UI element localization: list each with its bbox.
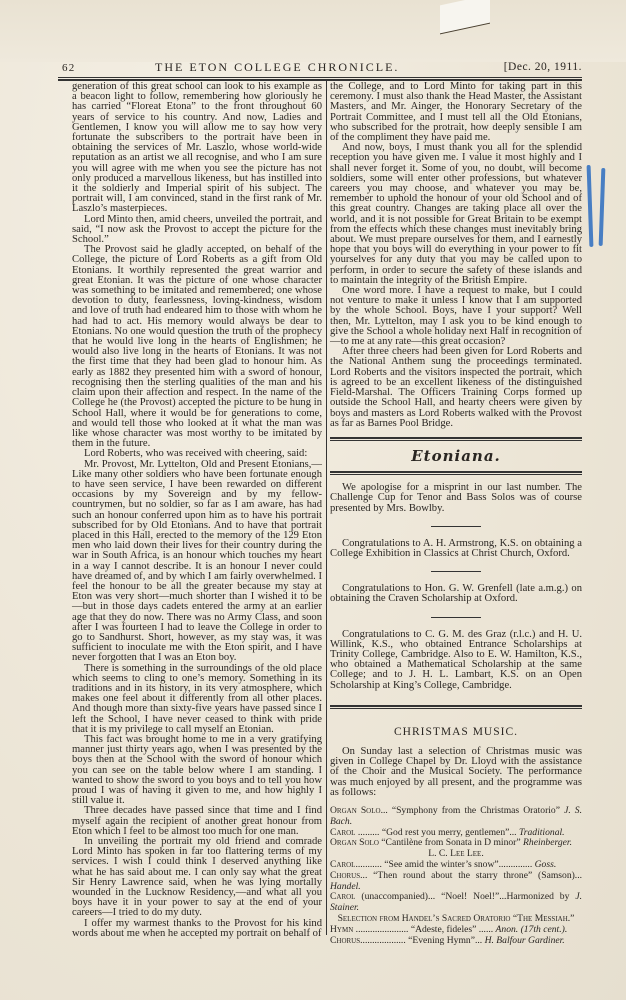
short-rule bbox=[431, 571, 481, 572]
scanned-page: 62 THE ETON COLLEGE CHRONICLE. [Dec. 20,… bbox=[0, 0, 626, 1000]
paragraph: In unveiling the portrait my old friend … bbox=[72, 837, 322, 919]
programme-type: Chorus bbox=[330, 935, 360, 946]
programme-type: Organ Solo bbox=[330, 837, 379, 848]
programme-piece: “God rest you merry, gentlemen”... bbox=[382, 827, 519, 838]
page-header: 62 THE ETON COLLEGE CHRONICLE. [Dec. 20,… bbox=[62, 60, 582, 76]
programme-type: Hymn bbox=[330, 924, 353, 935]
programme-item: Organ Solo... “Symphony from the Christm… bbox=[330, 806, 582, 828]
paragraph: Lord Roberts, who was received with chee… bbox=[72, 449, 322, 459]
christmas-music-heading: CHRISTMAS MUSIC. bbox=[330, 727, 582, 737]
paragraph: The Provost said he gladly accepted, on … bbox=[72, 245, 322, 449]
programme-type: Organ Solo bbox=[330, 805, 381, 816]
issue-date: [Dec. 20, 1911. bbox=[504, 61, 582, 73]
programme-composer: Rheinberger. bbox=[523, 837, 572, 848]
paragraph: Lord Minto then, amid cheers, unveiled t… bbox=[72, 215, 322, 246]
paragraph: Mr. Provost, Mr. Lyttelton, Old and Pres… bbox=[72, 460, 322, 664]
paragraph: I offer my warmest thanks to the Provost… bbox=[72, 919, 322, 939]
christmas-music-intro: On Sunday last a selection of Christmas … bbox=[330, 747, 582, 798]
programme-type: Carol bbox=[330, 859, 355, 870]
paragraph: the College, and to Lord Minto for takin… bbox=[330, 82, 582, 143]
programme-piece: “Then round about the starry throne” (Sa… bbox=[373, 870, 582, 881]
etoniana-item: Congratulations to C. G. M. des Graz (r.… bbox=[330, 630, 582, 691]
programme-item: Chorus... “Then round about the starry t… bbox=[330, 871, 582, 893]
paragraph: After three cheers had been given for Lo… bbox=[330, 347, 582, 429]
right-column: the College, and to Lord Minto for takin… bbox=[330, 82, 582, 946]
paragraph: This fact was brought home to me in a ve… bbox=[72, 735, 322, 806]
etoniana-heading: Etoniana. bbox=[330, 451, 582, 461]
column-divider bbox=[326, 80, 327, 935]
short-rule bbox=[431, 617, 481, 618]
left-column: generation of this great school can look… bbox=[72, 82, 322, 939]
programme-composer: Traditional. bbox=[519, 827, 565, 838]
section-rule bbox=[330, 471, 582, 475]
programme-type: Carol bbox=[330, 891, 355, 902]
etoniana-item: We apologise for a misprint in our last … bbox=[330, 483, 582, 514]
programme-composer: Handel. bbox=[330, 881, 361, 892]
folded-paper-edge bbox=[0, 0, 626, 62]
programme-composer: Goss. bbox=[535, 859, 557, 870]
programme-piece: “See amid the winter’s snow”............… bbox=[384, 859, 534, 870]
programme-composer: Anon. (17th cent.). bbox=[496, 924, 568, 935]
programme-piece: “Adeste, fideles” ...... bbox=[411, 924, 496, 935]
paragraph: And now, boys, I must thank you all for … bbox=[330, 143, 582, 286]
programme-piece: “Symphony from the Christmas Oratorio” bbox=[392, 805, 564, 816]
programme-type: Chorus bbox=[330, 870, 360, 881]
blue-pencil-mark bbox=[587, 165, 594, 247]
short-rule bbox=[431, 526, 481, 527]
section-rule bbox=[330, 437, 582, 441]
programme-piece: “Noel! Noel!”...Harmonized by bbox=[441, 891, 575, 902]
page-number: 62 bbox=[62, 62, 75, 74]
programme-composer: H. Balfour Gardiner. bbox=[485, 935, 565, 946]
paragraph: generation of this great school can look… bbox=[72, 82, 322, 215]
section-rule bbox=[330, 705, 582, 709]
blue-pencil-mark bbox=[599, 168, 606, 246]
paragraph: One word more. I have a request to make,… bbox=[330, 286, 582, 347]
etoniana-item: Congratulations to Hon. G. W. Grenfell (… bbox=[330, 584, 582, 604]
paragraph: Three decades have passed since that tim… bbox=[72, 806, 322, 837]
etoniana-item: Congratulations to A. H. Armstrong, K.S.… bbox=[330, 539, 582, 559]
publication-title: THE ETON COLLEGE CHRONICLE. bbox=[155, 60, 399, 75]
programme-piece: “Cantilène from Sonata in D minor” bbox=[381, 837, 523, 848]
programme-item: Carol (unaccompanied)... “Noel! Noel!”..… bbox=[330, 892, 582, 914]
programme-type: Carol bbox=[330, 827, 355, 838]
programme-item: Chorus................... “Evening Hymn”… bbox=[330, 936, 582, 947]
programme-list: Organ Solo... “Symphony from the Christm… bbox=[330, 806, 582, 946]
programme-piece: “Evening Hymn”... bbox=[408, 935, 484, 946]
paragraph: There is something in the surroundings o… bbox=[72, 664, 322, 735]
